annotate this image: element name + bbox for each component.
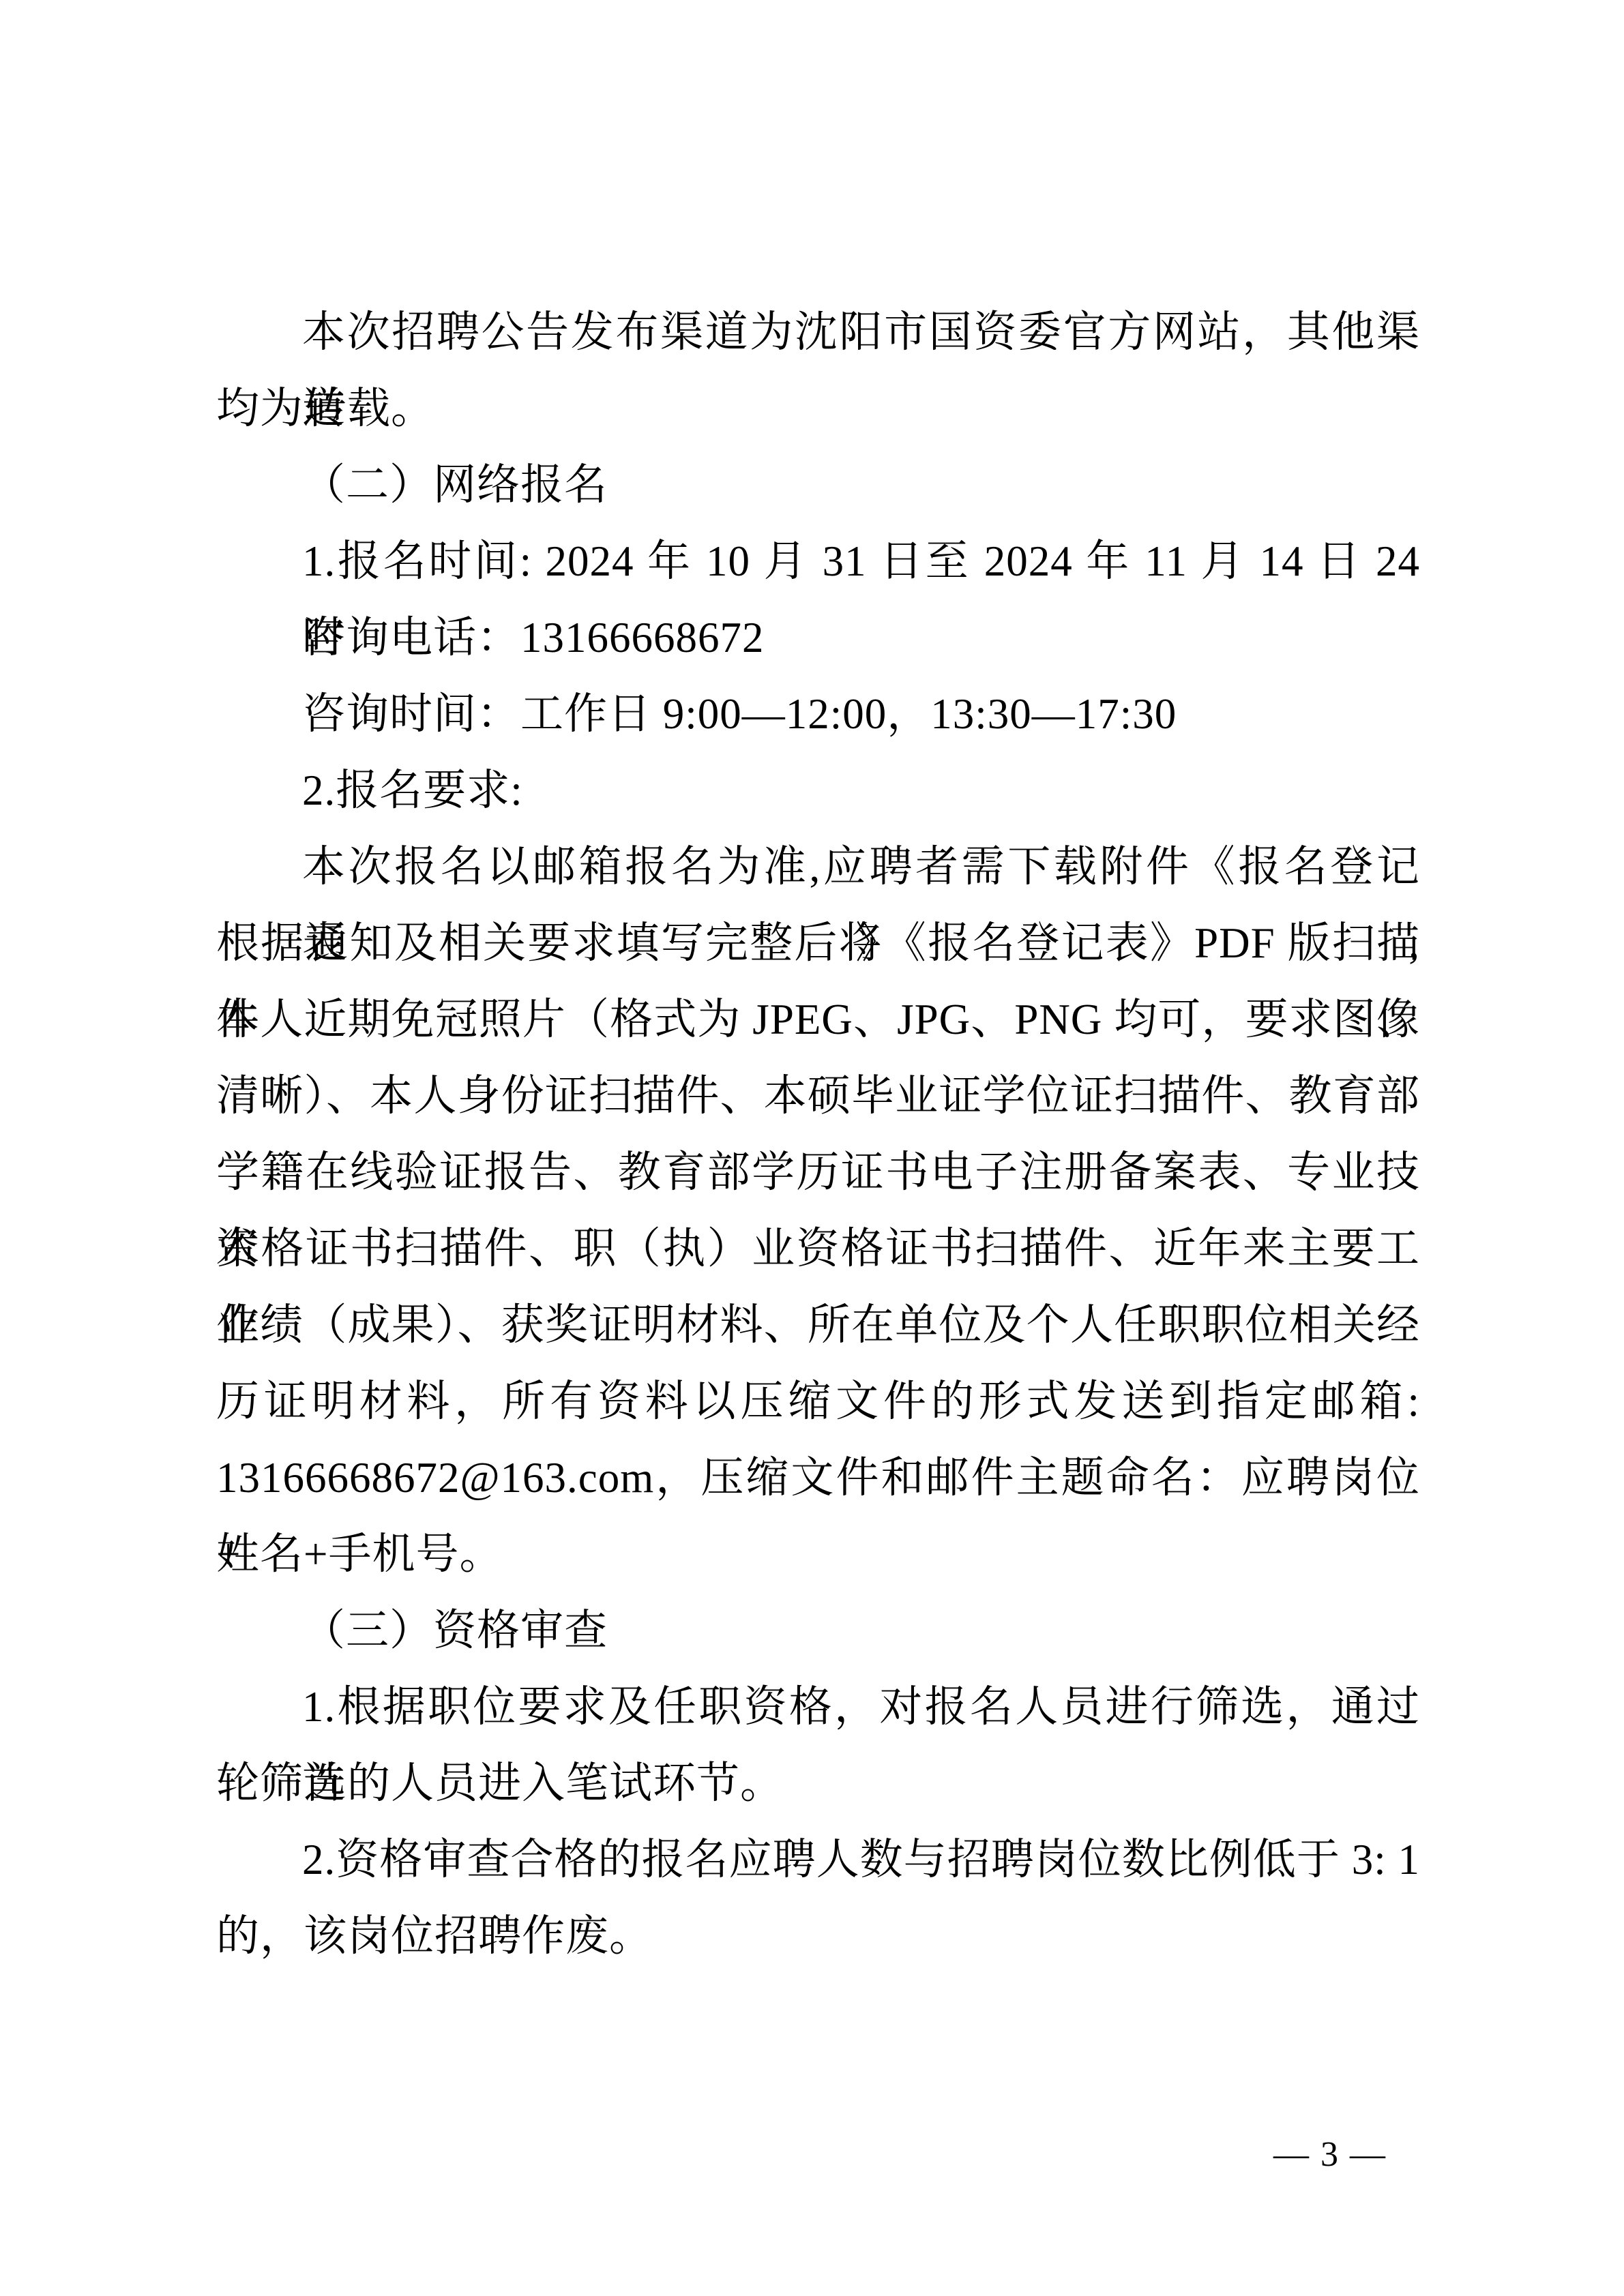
text-line: 本次招聘公告发布渠道为沈阳市国资委官方网站，其他渠道 bbox=[216, 294, 1420, 370]
text-line: 本人近期免冠照片（格式为 JPEG、JPG、PNG 均可，要求图像 bbox=[216, 981, 1420, 1058]
text-line: 2.资格审查合格的报名应聘人数与招聘岗位数比例低于 3: 1 bbox=[216, 1821, 1420, 1898]
text-line: 的，该岗位招聘作废。 bbox=[216, 1898, 1420, 1974]
text-line: 资格证书扫描件、职（执）业资格证书扫描件、近年来主要工作 bbox=[216, 1210, 1420, 1287]
text-line: 历证明材料，所有资料以压缩文件的形式发送到指定邮箱: bbox=[216, 1363, 1420, 1440]
text-line: 1.报名时间: 2024 年 10 月 31 日至 2024 年 11 月 14… bbox=[216, 523, 1420, 599]
text-line: 业绩（成果）、获奖证明材料、所在单位及个人任职职位相关经 bbox=[216, 1287, 1420, 1363]
text-line: （二）网络报名 bbox=[216, 447, 1420, 523]
text-line: 学籍在线验证报告、教育部学历证书电子注册备案表、专业技术 bbox=[216, 1134, 1420, 1210]
text-line: （三）资格审查 bbox=[216, 1592, 1420, 1669]
text-line: 轮筛选的人员进入笔试环节。 bbox=[216, 1745, 1420, 1821]
text-line: 姓名+手机号。 bbox=[216, 1516, 1420, 1592]
text-line: 1.根据职位要求及任职资格，对报名人员进行筛选，通过首 bbox=[216, 1669, 1420, 1745]
page-number: — 3 — bbox=[1207, 2133, 1453, 2177]
text-line: 均为转载。 bbox=[216, 370, 1420, 447]
text-line: 2.报名要求: bbox=[216, 752, 1420, 829]
text-line: 咨询时间：工作日 9:00—12:00，13:30—17:30 bbox=[216, 676, 1420, 752]
text-line: 13166668672@163.com，压缩文件和邮件主题命名：应聘岗位+ bbox=[216, 1440, 1420, 1516]
text-line: 咨询电话：13166668672 bbox=[216, 599, 1420, 676]
page: 本次招聘公告发布渠道为沈阳市国资委官方网站，其他渠道均为转载。（二）网络报名1.… bbox=[0, 0, 1624, 2296]
text-line: 根据通知及相关要求填写完整后将《报名登记表》PDF 版扫描件、 bbox=[216, 905, 1420, 981]
document-body: 本次招聘公告发布渠道为沈阳市国资委官方网站，其他渠道均为转载。（二）网络报名1.… bbox=[216, 294, 1420, 1974]
text-line: 本次报名以邮箱报名为准,应聘者需下载附件《报名登记表》, bbox=[216, 829, 1420, 905]
text-line: 清晰）、本人身份证扫描件、本硕毕业证学位证扫描件、教育部 bbox=[216, 1058, 1420, 1134]
